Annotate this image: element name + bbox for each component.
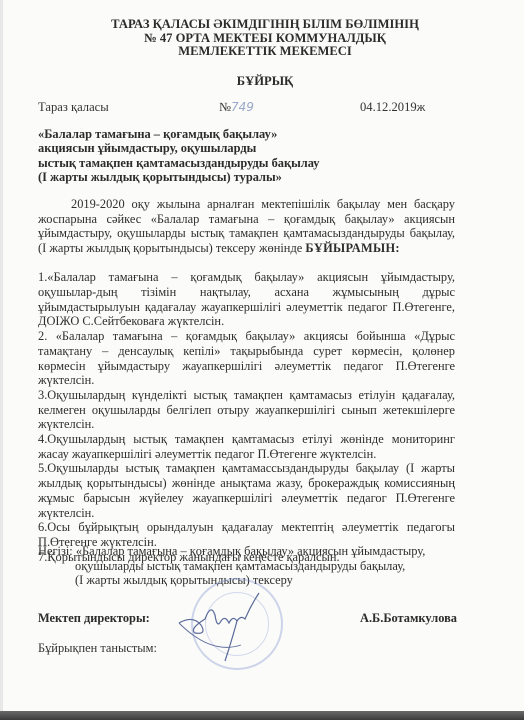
- order-item-2: 2. «Балалар тамағына – қоғамдық бақылау»…: [38, 329, 455, 388]
- acknowledgement-label: Бұйрықпен таныстым:: [38, 641, 157, 656]
- order-body: 2019-2020 оқу жылына арналған мектепішіл…: [38, 197, 455, 564]
- subject-line-3: ыстық тамақпен қамтамасыздандыруды бақыл…: [38, 156, 320, 170]
- handwritten-number: 749: [231, 100, 254, 114]
- order-number: №749: [219, 100, 254, 115]
- institution-header: ТАРАЗ ҚАЛАСЫ ӘКІМДІГІНІҢ БІЛІМ БӨЛІМІНІҢ…: [3, 18, 524, 59]
- scan-bottom-edge: [0, 711, 524, 720]
- subject-line-2: акциясын ұйымдастыру, оқушыларды: [38, 141, 320, 155]
- header-line-2: № 47 ОРТА МЕКТЕБІ КОММУНАЛДЫҚ: [3, 32, 524, 46]
- order-word: БҰЙЫРАМЫН:: [305, 241, 400, 255]
- order-item-3: 3.Оқушылардың күнделікті ыстық тамақпен …: [38, 388, 455, 432]
- order-date: 04.12.2019ж: [360, 100, 425, 115]
- subject-line-4: (І жарты жылдық қорытындысы) туралы»: [38, 170, 320, 184]
- spacer: [38, 256, 455, 271]
- city: Тараз қаласы: [38, 100, 109, 115]
- preamble: 2019-2020 оқу жылына арналған мектепішіл…: [38, 197, 455, 256]
- order-subject: «Балалар тамағына – қоғамдық бақылау» ак…: [38, 127, 320, 184]
- order-item-5: 5.Оқушыларды ыстық тамақпен қамтамассызд…: [38, 461, 455, 520]
- document-page: ТАРАЗ ҚАЛАСЫ ӘКІМДІГІНІҢ БІЛІМ БӨЛІМІНІҢ…: [0, 0, 524, 712]
- subject-line-1: «Балалар тамағына – қоғамдық бақылау»: [38, 127, 320, 141]
- number-prefix: №: [219, 100, 231, 114]
- document-title: БҰЙРЫҚ: [3, 74, 524, 89]
- director-name: А.Б.Ботамкулова: [360, 611, 457, 626]
- header-line-1: ТАРАЗ ҚАЛАСЫ ӘКІМДІГІНІҢ БІЛІМ БӨЛІМІНІҢ: [3, 18, 524, 32]
- basis-line-1: Негізі: «Балалар тамағына – қоғамдық бақ…: [38, 544, 425, 559]
- basis-line-2: оқушыларды ыстық тамақпен қамтамасызданд…: [38, 559, 425, 574]
- handwritten-signature-icon: [171, 585, 281, 665]
- header-line-3: МЕМЛЕКЕТТІК МЕКЕМЕСІ: [3, 45, 524, 59]
- order-item-1: 1.«Балалар тамағына – қоғамдық бақылау» …: [38, 270, 455, 329]
- order-item-4: 4.Оқушылардың ыстық тамақпен қамтамасыз …: [38, 432, 455, 461]
- director-title: Мектеп директоры:: [38, 611, 150, 626]
